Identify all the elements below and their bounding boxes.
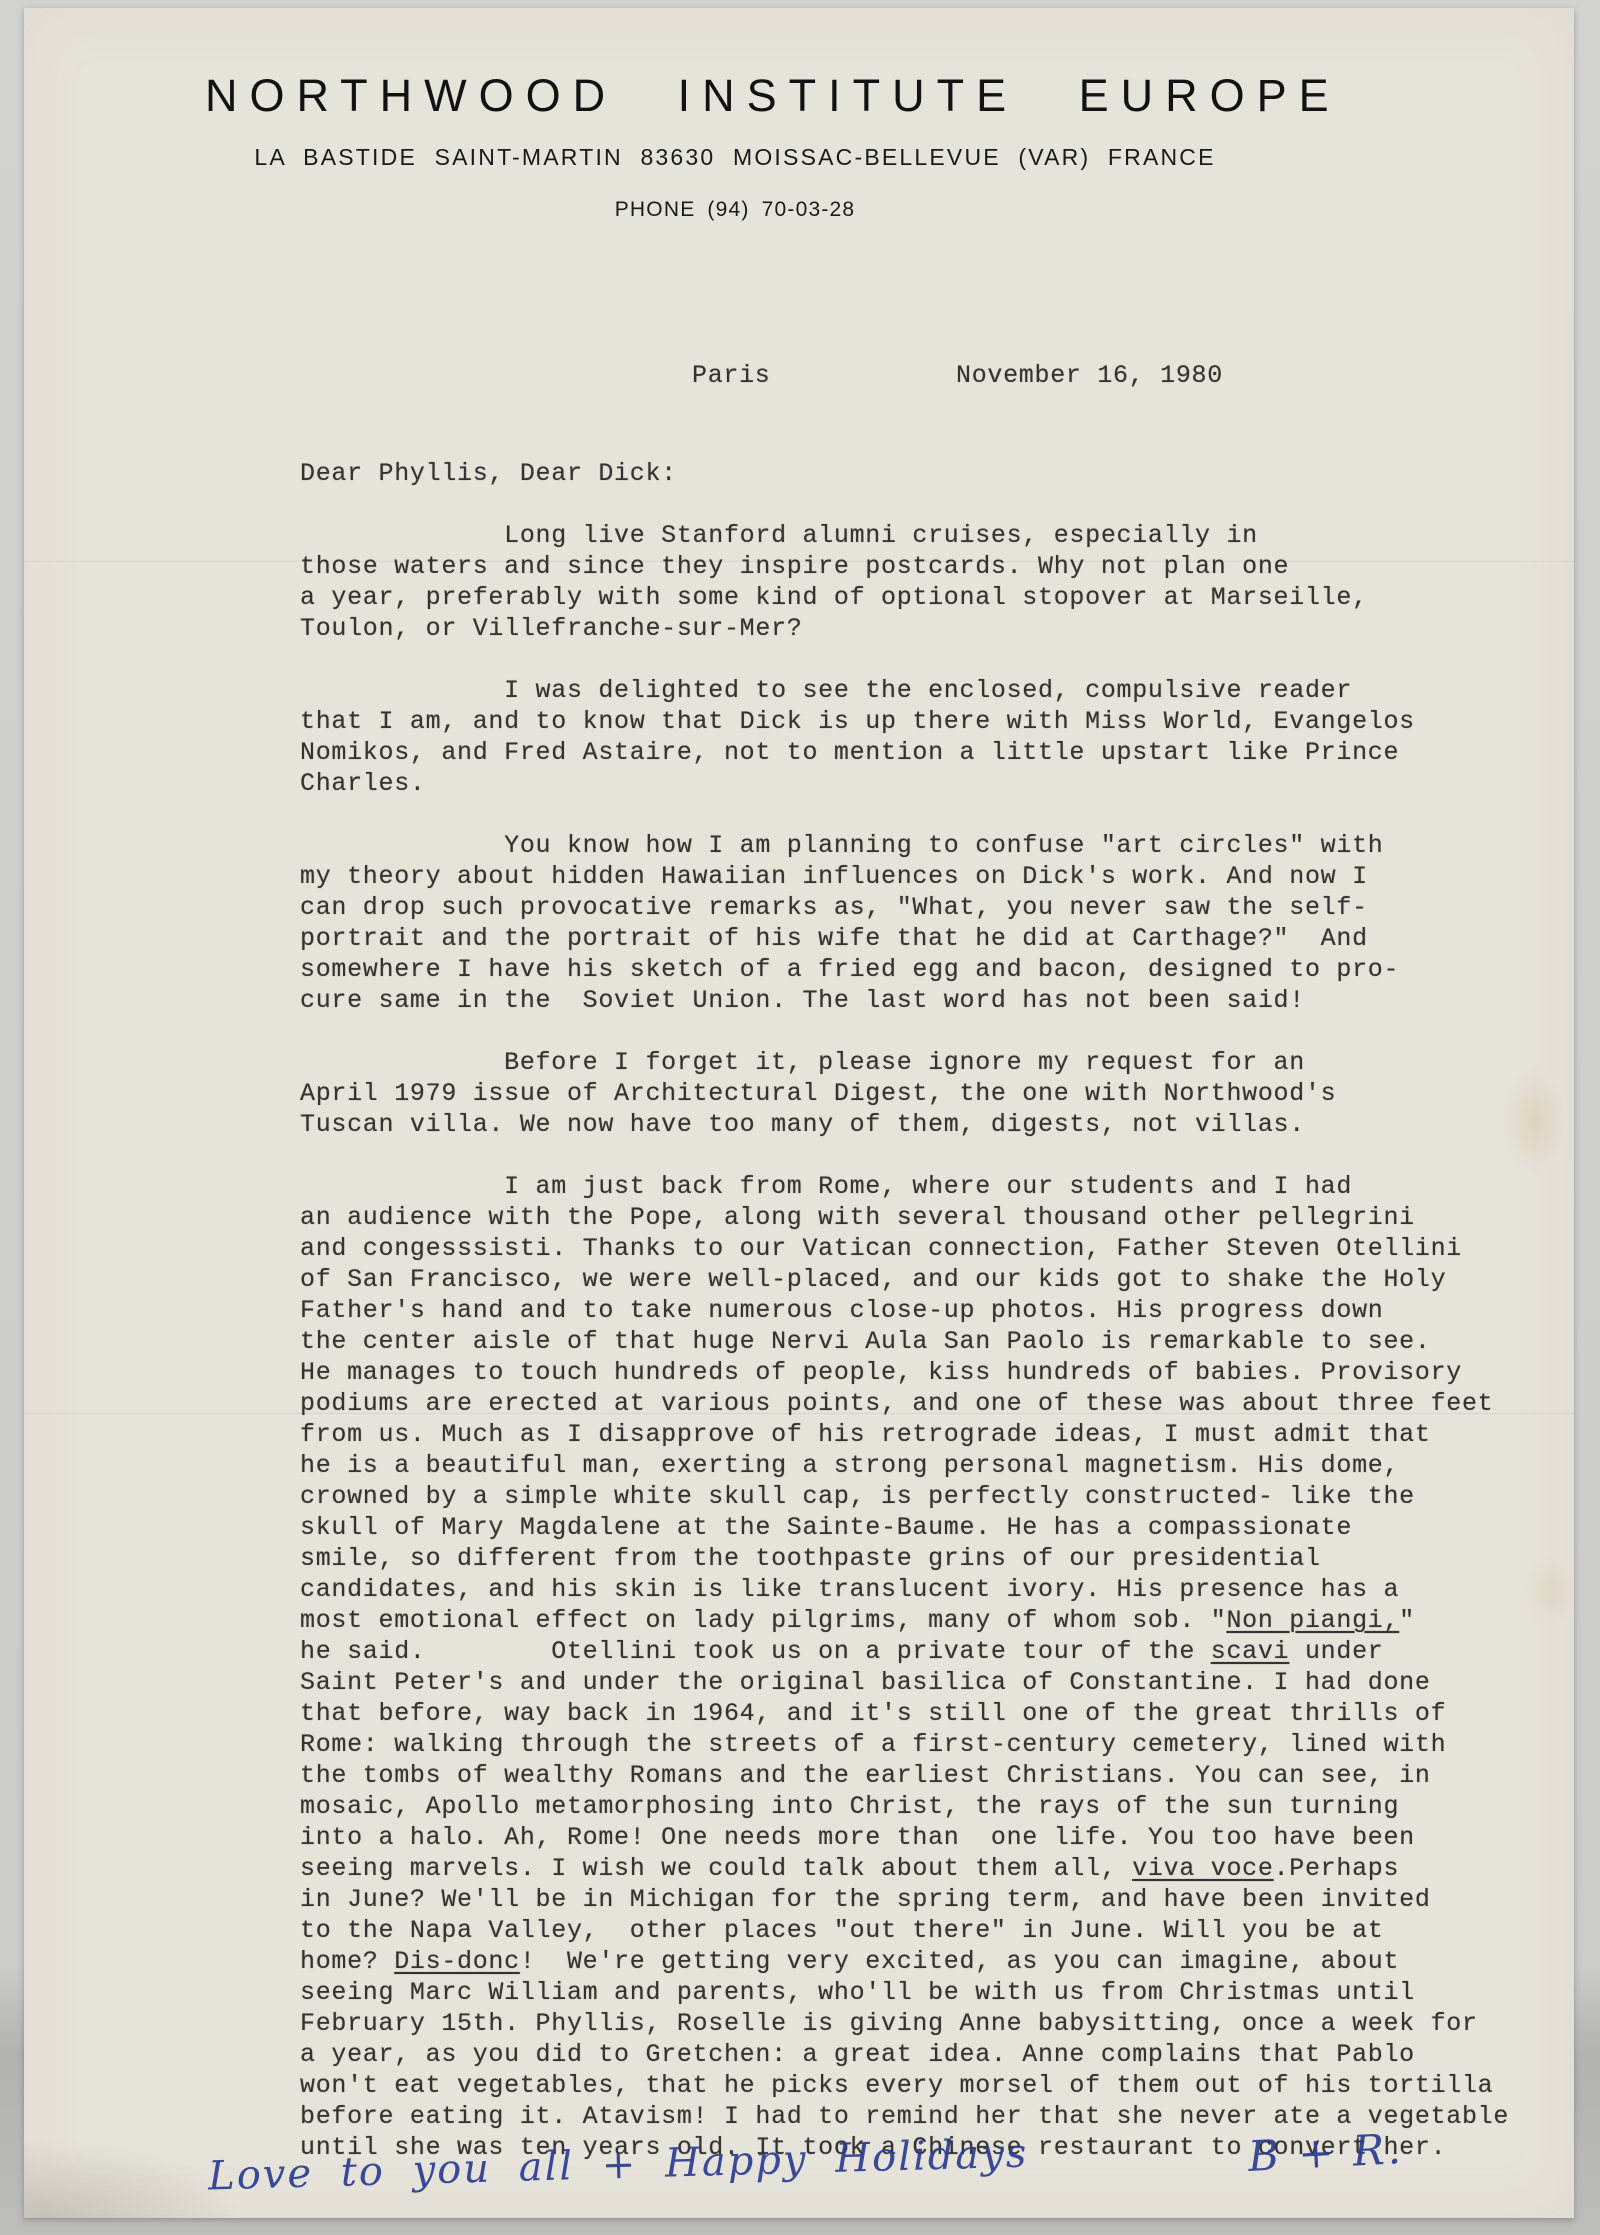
typed-line: crowned by a simple white skull cap, is …: [300, 1481, 1509, 1512]
typed-line: a year, preferably with some kind of opt…: [300, 582, 1509, 613]
typed-line: the center aisle of that huge Nervi Aula…: [300, 1326, 1509, 1357]
typed-line: [300, 644, 1509, 675]
typed-line: smile, so different from the toothpaste …: [300, 1543, 1509, 1574]
paper-stain: [1502, 1066, 1566, 1176]
typed-line: in June? We'll be in Michigan for the sp…: [300, 1884, 1509, 1915]
typed-line: I was delighted to see the enclosed, com…: [300, 675, 1509, 706]
typed-line: an audience with the Pope, along with se…: [300, 1202, 1509, 1233]
typed-line: of San Francisco, we were well-placed, a…: [300, 1264, 1509, 1295]
typed-line: that I am, and to know that Dick is up t…: [300, 706, 1509, 737]
typed-line: Toulon, or Villefranche-sur-Mer?: [300, 613, 1509, 644]
typed-line: podiums are erected at various points, a…: [300, 1388, 1509, 1419]
paper-stain: [1524, 1553, 1576, 1627]
dateline: Paris November 16, 1980: [0, 360, 1600, 391]
typed-line: those waters and since they inspire post…: [300, 551, 1509, 582]
typed-line: mosaic, Apollo metamorphosing into Chris…: [300, 1791, 1509, 1822]
typed-line: the tombs of wealthy Romans and the earl…: [300, 1760, 1509, 1791]
typed-line: Before I forget it, please ignore my req…: [300, 1047, 1509, 1078]
typed-line: seeing marvels. I wish we could talk abo…: [300, 1853, 1509, 1884]
typed-line: February 15th. Phyllis, Roselle is givin…: [300, 2008, 1509, 2039]
typed-line: won't eat vegetables, that he picks ever…: [300, 2070, 1509, 2101]
typed-line: most emotional effect on lady pilgrims, …: [300, 1605, 1509, 1636]
typed-line: cure same in the Soviet Union. The last …: [300, 985, 1509, 1016]
typed-line: Tuscan villa. We now have too many of th…: [300, 1109, 1509, 1140]
typed-line: [300, 1140, 1509, 1171]
typed-line: and congesssisti. Thanks to our Vatican …: [300, 1233, 1509, 1264]
typed-line: he is a beautiful man, exerting a strong…: [300, 1450, 1509, 1481]
typed-line: Charles.: [300, 768, 1509, 799]
typed-line: my theory about hidden Hawaiian influenc…: [300, 861, 1509, 892]
letterhead-phone: PHONE (94) 70-03-28: [205, 198, 1265, 222]
typed-line: You know how I am planning to confuse "a…: [300, 830, 1509, 861]
dateline-place: Paris: [692, 360, 771, 391]
letterhead: NORTHWOOD INSTITUTE EUROPE LA BASTIDE SA…: [205, 70, 1265, 222]
typed-line: skull of Mary Magdalene at the Sainte-Ba…: [300, 1512, 1509, 1543]
typed-line: candidates, and his skin is like translu…: [300, 1574, 1509, 1605]
typed-line: Long live Stanford alumni cruises, espec…: [300, 520, 1509, 551]
typed-line: [300, 489, 1509, 520]
letter-body: Dear Phyllis, Dear Dick: Long live Stanf…: [300, 458, 1509, 2163]
typed-line: Rome: walking through the streets of a f…: [300, 1729, 1509, 1760]
typed-line: he said. Otellini took us on a private t…: [300, 1636, 1509, 1667]
typed-line: from us. Much as I disapprove of his ret…: [300, 1419, 1509, 1450]
letterhead-address: LA BASTIDE SAINT-MARTIN 83630 MOISSAC-BE…: [205, 144, 1265, 171]
typed-line: into a halo. Ah, Rome! One needs more th…: [300, 1822, 1509, 1853]
typed-line: [300, 1016, 1509, 1047]
typed-line: He manages to touch hundreds of people, …: [300, 1357, 1509, 1388]
handwritten-signature: B + R.: [1247, 2124, 1405, 2181]
typed-line: [300, 799, 1509, 830]
institution-name: NORTHWOOD INSTITUTE EUROPE: [205, 70, 1265, 122]
typed-line: to the Napa Valley, other places "out th…: [300, 1915, 1509, 1946]
typed-line: April 1979 issue of Architectural Digest…: [300, 1078, 1509, 1109]
typed-line: Nomikos, and Fred Astaire, not to mentio…: [300, 737, 1509, 768]
typed-line: somewhere I have his sketch of a fried e…: [300, 954, 1509, 985]
typed-line: portrait and the portrait of his wife th…: [300, 923, 1509, 954]
typed-line: I am just back from Rome, where our stud…: [300, 1171, 1509, 1202]
dateline-date: November 16, 1980: [956, 360, 1223, 391]
typed-line: that before, way back in 1964, and it's …: [300, 1698, 1509, 1729]
typed-line: seeing Marc William and parents, who'll …: [300, 1977, 1509, 2008]
typed-line: home? Dis-donc! We're getting very excit…: [300, 1946, 1509, 1977]
typed-line: Saint Peter's and under the original bas…: [300, 1667, 1509, 1698]
typed-line: a year, as you did to Gretchen: a great …: [300, 2039, 1509, 2070]
typed-line: Father's hand and to take numerous close…: [300, 1295, 1509, 1326]
typed-line: Dear Phyllis, Dear Dick:: [300, 458, 1509, 489]
typed-line: can drop such provocative remarks as, "W…: [300, 892, 1509, 923]
